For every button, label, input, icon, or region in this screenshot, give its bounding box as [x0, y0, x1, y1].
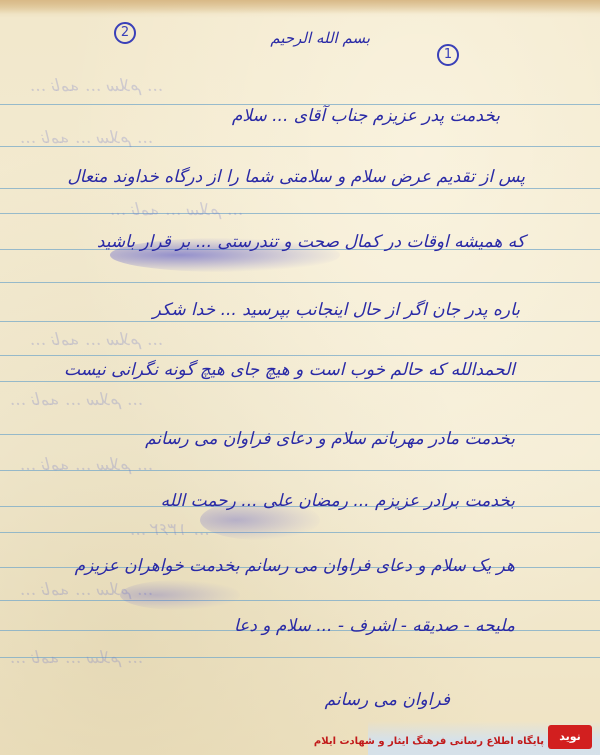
bleed-through-text: ... نامه ... سلام ...: [10, 390, 143, 410]
ruled-line: [0, 355, 600, 356]
bleed-through-text: ... نامه ... سلام ...: [20, 128, 153, 148]
letter-line: بخدمت پدر عزیزم جناب آقای ... سلام: [232, 106, 500, 126]
watermark-logo: نوید شاهد: [548, 725, 592, 749]
ruled-line: [0, 381, 600, 382]
bleed-through-text: ... نامه ... سلام ...: [110, 200, 243, 220]
watermark-banner: نوید شاهد پایگاه اطلاع رسانی فرهنگ ایثار…: [368, 721, 600, 755]
ruled-line: [0, 188, 600, 189]
letter-line: بخدمت مادر مهربانم سلام و دعای فراوان می…: [145, 429, 515, 449]
watermark-caption: پایگاه اطلاع رسانی فرهنگ ایثار و شهادت ا…: [314, 736, 544, 747]
bleed-through-text: ... نامه ... سلام ...: [20, 455, 153, 475]
letter-line: ملیحه - صدیقه - اشرف - ... سلام و دعا: [234, 616, 515, 636]
letter-line: که همیشه اوقات در کمال صحت و تندرستی ...…: [97, 232, 525, 252]
bleed-through-text: ... نامه ... سلام ...: [10, 648, 143, 668]
ruled-line: [0, 104, 600, 105]
page-number-right: 1: [437, 44, 459, 66]
ruled-line: [0, 282, 600, 283]
page-number-left: 2: [114, 22, 136, 44]
paper-top-edge: [0, 0, 600, 14]
ruled-line: [0, 213, 600, 214]
letter-line: فراوان می رسانم: [325, 690, 450, 710]
letter-line: باره پدر جان اگر از حال اینجانب بپرسید .…: [153, 300, 520, 320]
ink-smear: [120, 580, 240, 610]
ruled-line: [0, 600, 600, 601]
letter-line: هر یک سلام و دعای فراوان می رسانم بخدمت …: [75, 556, 515, 576]
bleed-through-text: ... نامه ... سلام ...: [30, 330, 163, 350]
letter-line: بخدمت برادر عزیزم ... رمضان علی ... رحمت…: [161, 491, 515, 511]
bleed-through-text: ... نامه ... سلام ...: [30, 76, 163, 96]
letter-line: پس از تقدیم عرض سلام و سلامتی شما را از …: [67, 167, 525, 187]
letter-line: الحمدالله که حالم خوب است و هیچ جای هیچ …: [64, 360, 515, 380]
ruled-line: [0, 321, 600, 322]
letter-page: ... نامه ... سلام ... ... نامه ... سلام …: [0, 0, 600, 755]
letter-heading: بسم الله الرحیم: [270, 29, 370, 47]
bleed-through-text: ... ۱۳۶۲ ...: [130, 520, 210, 540]
